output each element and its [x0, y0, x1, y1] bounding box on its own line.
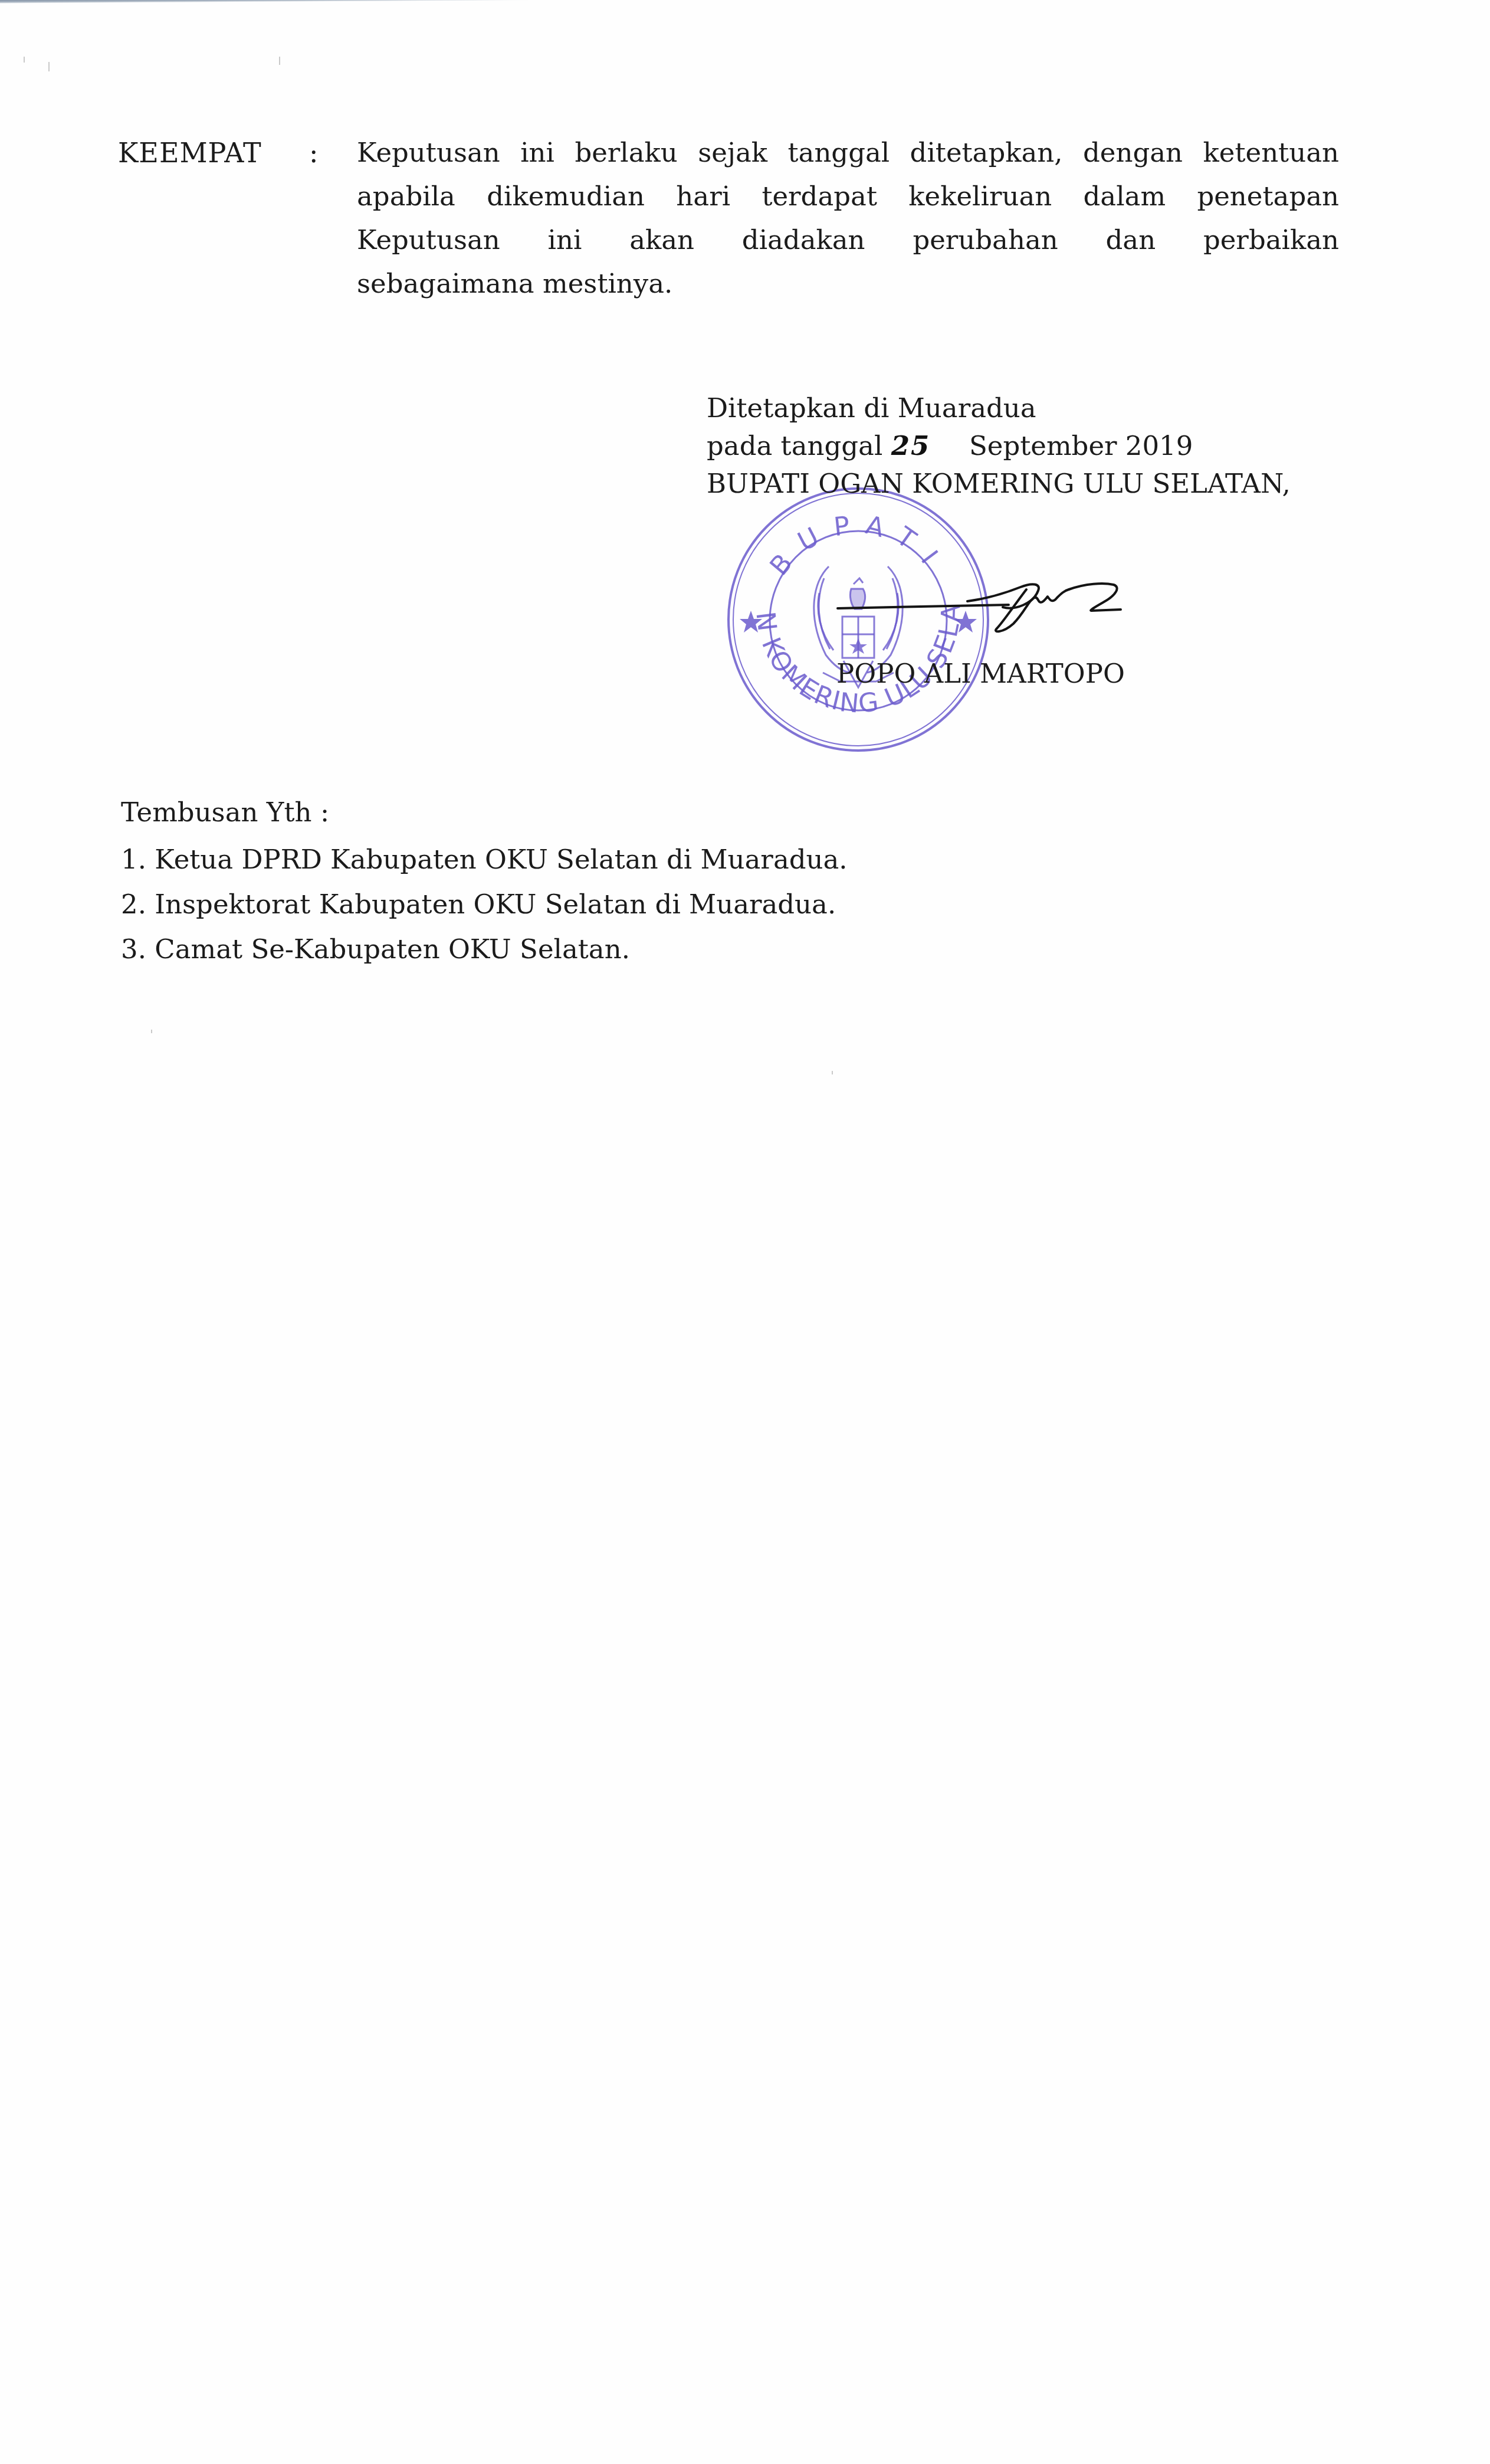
- signer-name: POPO ALI MARTOPO: [836, 658, 1125, 689]
- scan-speck: [151, 1030, 152, 1033]
- scan-speck: [832, 1071, 833, 1074]
- diktum-body: Keputusan ini berlaku sejak tanggal dite…: [357, 131, 1339, 306]
- diktum-separator: :: [309, 131, 319, 175]
- handwritten-day: 25: [891, 427, 961, 465]
- tembusan-item: 3. Camat Se-Kabupaten OKU Selatan.: [121, 927, 848, 972]
- tembusan-item: 2. Inspektorat Kabupaten OKU Selatan di …: [121, 882, 848, 927]
- diktum-line: sebagaimana mestinya.: [357, 262, 1339, 306]
- tembusan-item: 1. Ketua DPRD Kabupaten OKU Selatan di M…: [121, 837, 848, 882]
- scan-speck: [24, 57, 25, 63]
- date-rest: September 2019: [969, 430, 1193, 461]
- diktum-line: Keputusan ini berlaku sejak tanggal dite…: [357, 131, 1339, 175]
- tembusan-block: Tembusan Yth : 1. Ketua DPRD Kabupaten O…: [121, 794, 848, 972]
- date-line: pada tanggal 25 September 2019: [707, 427, 1385, 465]
- signature-block: Ditetapkan di Muaradua pada tanggal 25 S…: [707, 389, 1385, 503]
- scan-speck: [48, 62, 50, 71]
- handwritten-signature: [826, 569, 1133, 652]
- tembusan-list: 1. Ketua DPRD Kabupaten OKU Selatan di M…: [121, 837, 848, 972]
- diktum-label: KEEMPAT: [118, 131, 262, 175]
- date-prefix: pada tanggal: [707, 430, 882, 461]
- place-line: Ditetapkan di Muaradua: [707, 389, 1385, 427]
- document-page: KEEMPAT : Keputusan ini berlaku sejak ta…: [0, 0, 1490, 2464]
- diktum-line: Keputusan ini akan diadakan perubahan da…: [357, 218, 1339, 262]
- scan-speck: [279, 57, 280, 65]
- office-title: BUPATI OGAN KOMERING ULU SELATAN,: [707, 465, 1385, 503]
- tembusan-title: Tembusan Yth :: [121, 794, 848, 831]
- diktum-line: apabila dikemudian hari terdapat kekelir…: [357, 175, 1339, 218]
- scan-edge-artifact: [0, 0, 767, 4]
